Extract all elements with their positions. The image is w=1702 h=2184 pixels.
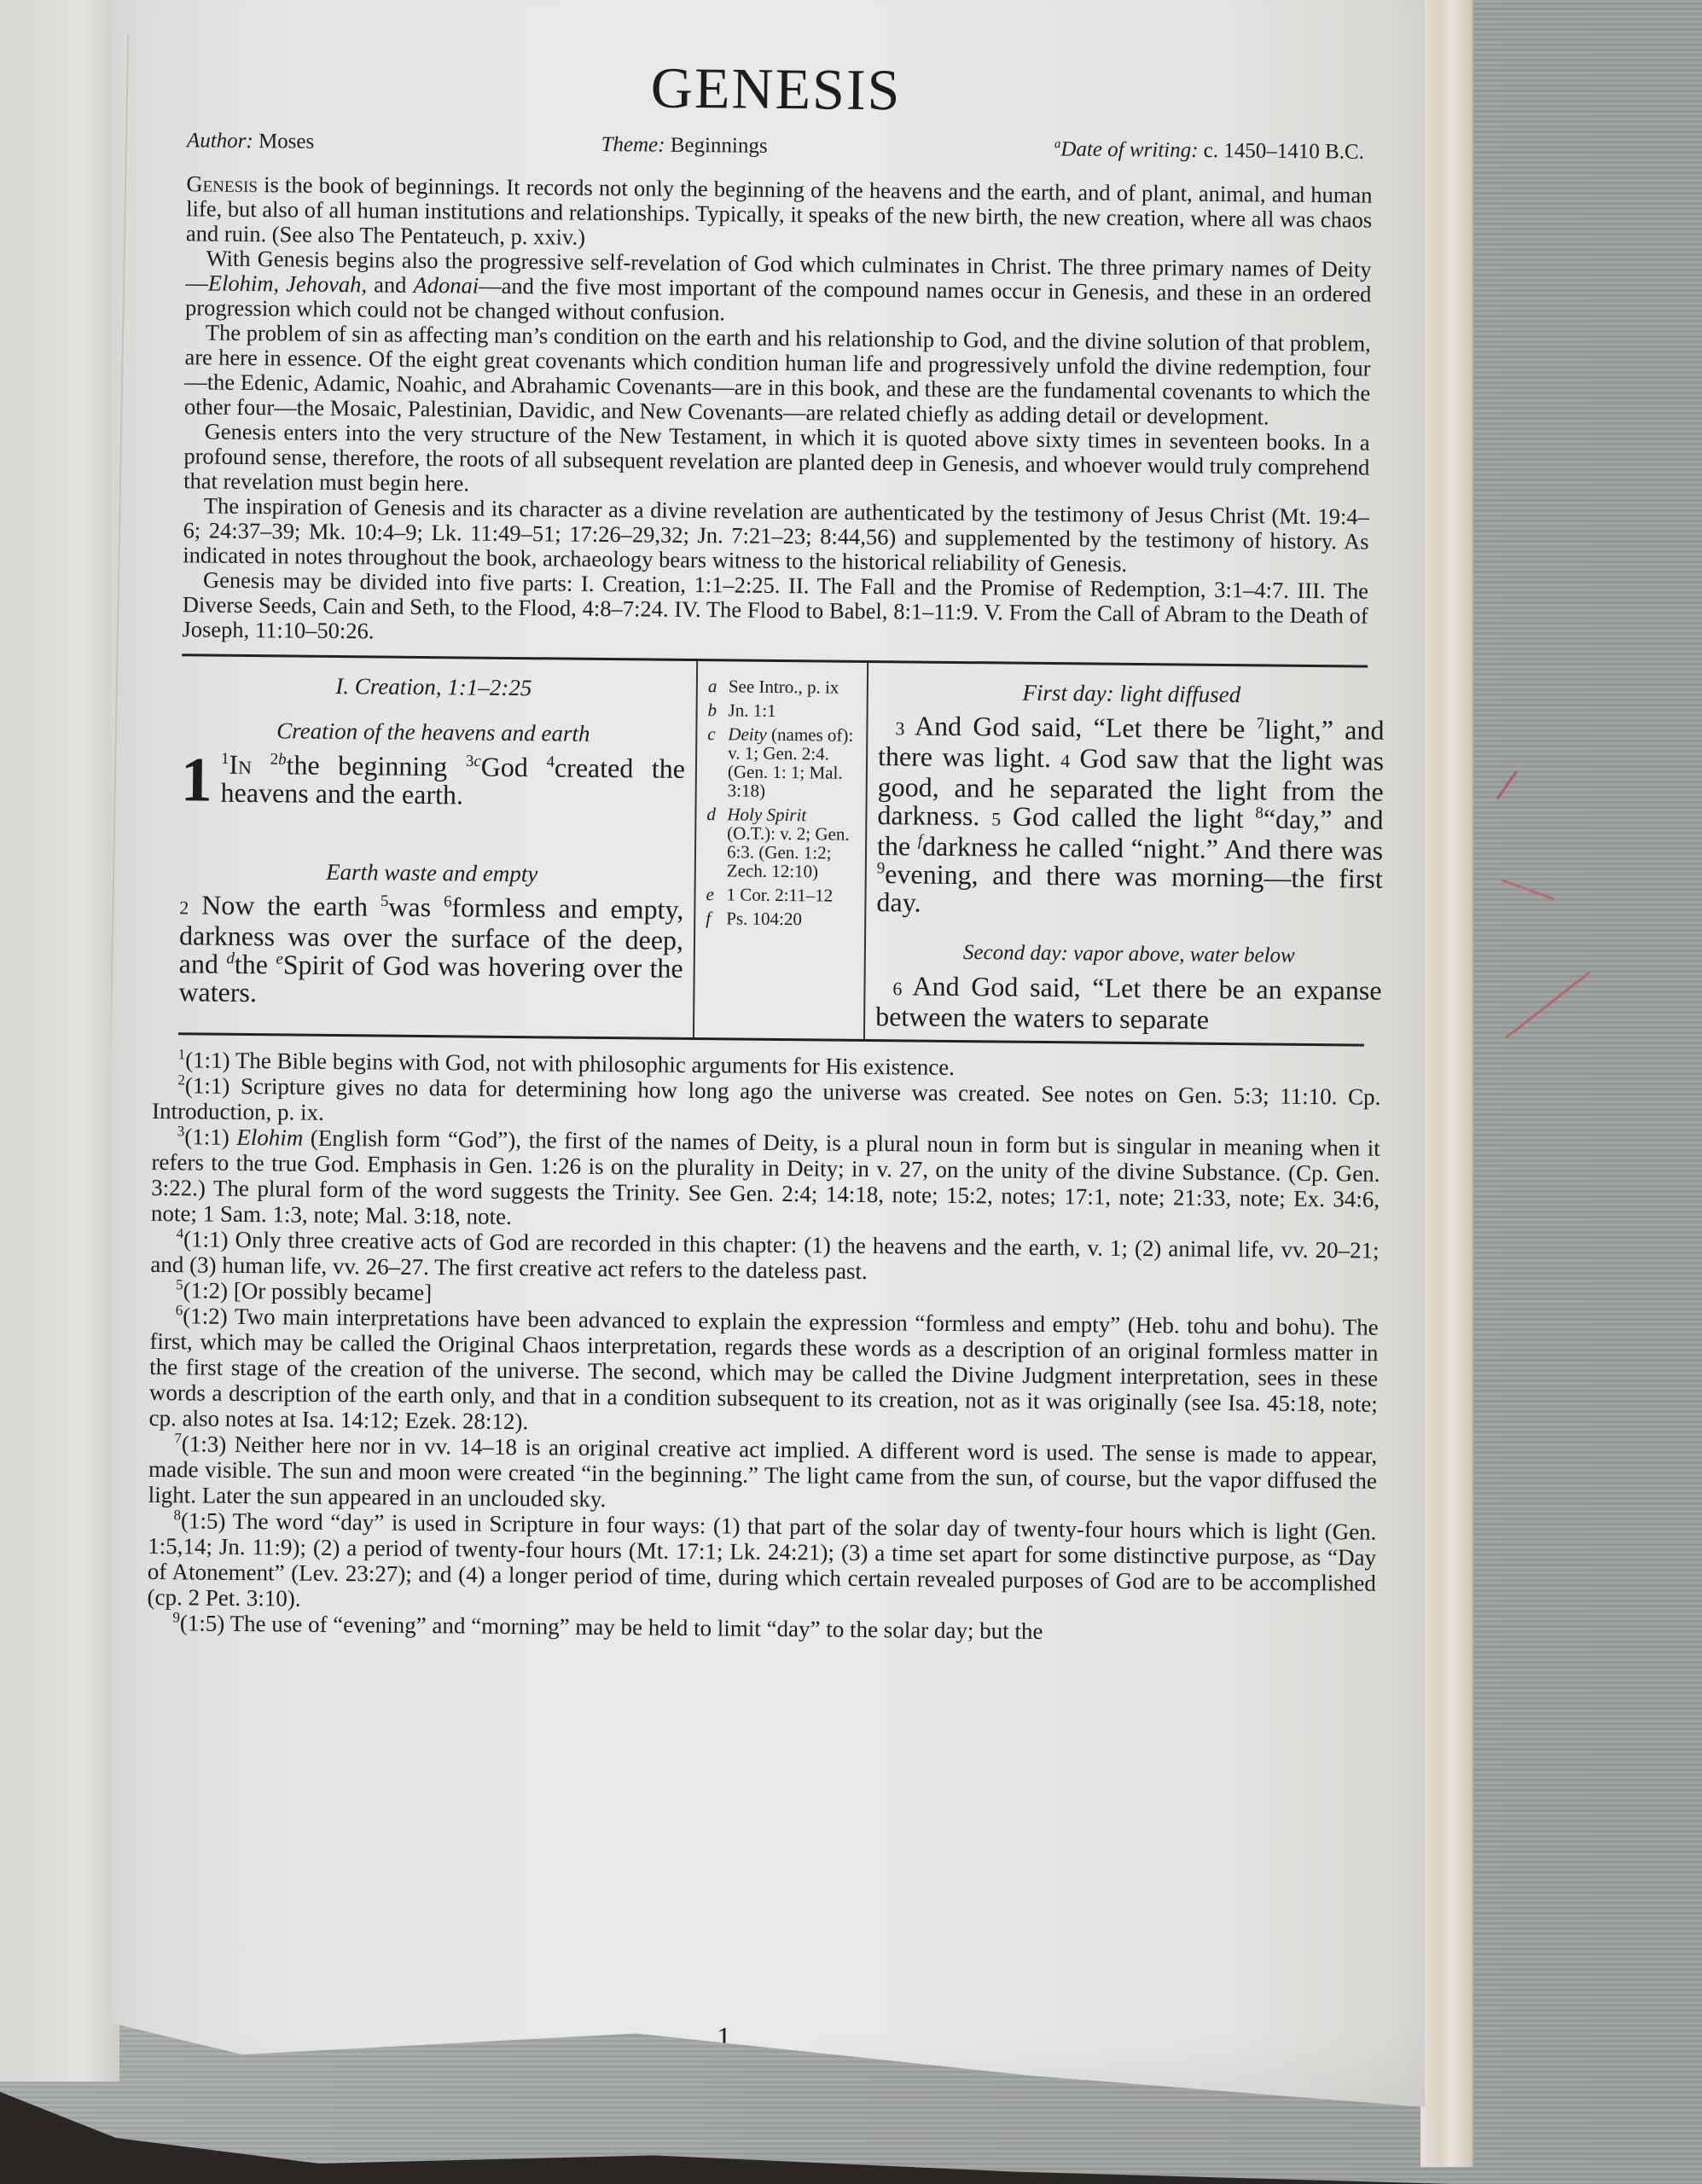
cross-reference: cDeity (names of): v. 1; Gen. 2:4. (Gen.… [707,724,860,801]
intro-paragraph: With Genesis begins also the progressive… [185,246,1372,331]
date-meta: aDate of writing: c. 1450–1410 B.C. [1054,137,1364,165]
intro-paragraph: The inspiration of Genesis and its chara… [183,493,1369,578]
pericope-heading: First day: light diffused [879,678,1385,710]
book-title: GENESIS [161,51,1391,127]
left-page-edge [0,0,119,2082]
verse-6: 6 And God said, “Let there be an expanse… [875,972,1382,1036]
intro-lead-word: Genesis [186,171,258,197]
cross-reference: fPs. 104:20 [706,909,857,929]
cross-reference: bJn. 1:1 [708,700,860,721]
verse-1: 11In 2bthe beginning 3cGod 4created the … [181,750,686,811]
section-heading: I. Creation, 1:1–2:25 [182,671,686,703]
book-introduction: Genesis is the book of beginnings. It re… [156,171,1389,653]
intro-paragraph: The problem of sin as affecting man’s co… [184,320,1371,430]
pericope-heading: Second day: vapor above, water below [876,938,1382,970]
page-stack-edge [1420,0,1473,2167]
chapter-number: 1 [181,753,213,806]
author-meta: Author: Moses [187,129,315,154]
intro-paragraph: Genesis is the book of beginnings. It re… [186,171,1373,257]
verses-3-5: 3 And God said, “Let there be 7light,” a… [876,712,1384,921]
cross-reference: aSee Intro., p. ix [708,677,860,697]
left-text-column: I. Creation, 1:1–2:25 Creation of the he… [178,656,698,1037]
study-note: 3(1:1) Elohim (English form “God”), the … [151,1124,1380,1238]
study-note: 6(1:2) Two main interpretations have bee… [148,1303,1378,1443]
scripture-columns: I. Creation, 1:1–2:25 Creation of the he… [178,656,1368,1043]
intro-paragraph: Genesis may be divided into five parts: … [182,567,1368,653]
author-value: Moses [258,130,315,154]
cross-reference-column: aSee Intro., p. ix bJn. 1:1 cDeity (name… [694,661,868,1039]
pericope-heading: Creation of the heavens and earth [181,717,685,748]
bible-page: GENESIS Author: Moses Theme: Beginnings … [111,0,1425,2107]
verse-2: 2 Now the earth 5was 6formless and empty… [178,891,683,1011]
cross-reference: e1 Cor. 2:11–12 [706,885,857,905]
cross-reference: dHoly Spirit (O.T.): v. 2; Gen. 6:3. (Ge… [706,804,859,881]
study-notes: 1(1:1) The Bible begins with God, not wi… [147,1047,1381,1647]
page-content: GENESIS Author: Moses Theme: Beginnings … [147,51,1391,1647]
book-meta: Author: Moses Theme: Beginnings aDate of… [161,129,1390,165]
intro-paragraph: Genesis enters into the very structure o… [183,419,1370,504]
study-note: 7(1:3) Neither here nor in vv. 14–18 is … [148,1431,1378,1519]
theme-label: Theme: [601,133,665,157]
study-note: 8(1:5) The word “day” is used in Scriptu… [147,1507,1376,1622]
theme-value: Beginnings [671,134,768,158]
right-text-column: First day: light diffused 3 And God said… [865,663,1385,1044]
pericope-heading: Earth waste and empty [180,857,684,889]
date-label: Date of writing: [1060,137,1198,162]
theme-meta: Theme: Beginnings [601,133,767,159]
author-label: Author: [187,129,253,153]
date-value: c. 1450–1410 B.C. [1204,139,1364,164]
